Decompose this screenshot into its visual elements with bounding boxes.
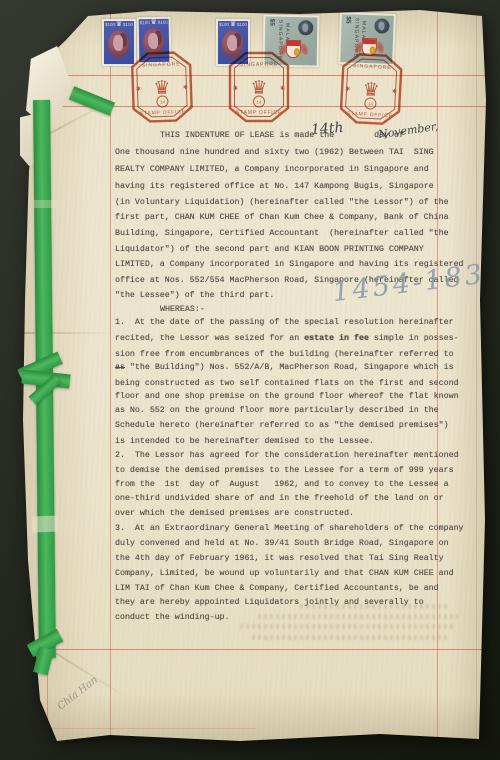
cancel-asterisk: ✱ <box>392 88 397 95</box>
ribbon-fold-highlight <box>34 200 56 208</box>
typed-line: being constructed as two self contained … <box>115 379 459 389</box>
typed-line: floor and one shop premise on the ground… <box>115 392 459 402</box>
typed-line: Schedule hereto (hereinafter referred to… <box>115 421 449 431</box>
queen-portrait-oval <box>108 30 129 58</box>
queen-head-icon <box>374 18 390 34</box>
queen-profile <box>113 35 123 51</box>
cancel-asterisk: ✱ <box>183 84 188 91</box>
cancel-top-text: SINGAPORE <box>353 63 392 71</box>
queen-profile <box>148 33 158 49</box>
cancel-center-number: 14 <box>160 99 166 104</box>
bleed-through-text <box>258 614 458 619</box>
typed-line: is intended to be hereinafter demised to… <box>115 437 374 447</box>
crown-icon: ♛ <box>153 78 171 100</box>
crown-icon: ♛ <box>362 80 380 102</box>
stamp-value: $100 <box>237 22 247 27</box>
cancel-center-number: 14 <box>368 101 374 106</box>
typed-line: to demise the demised premises to the Le… <box>115 466 454 476</box>
typed-line: THIS INDENTURE OF LEASE is made the day … <box>160 131 404 141</box>
cancel-asterisk: ✱ <box>345 86 350 93</box>
typed-line: they are hereby appointed Liquidators jo… <box>115 598 424 608</box>
bleed-through-text <box>252 635 447 640</box>
stamp-value: $5 <box>268 19 275 26</box>
ruling-horizontal-bottom <box>24 649 484 650</box>
handwritten-pencil-note: Chia Han <box>56 675 100 713</box>
stamp-office-cancellation: SINGAPORE ♛ 14 ✱ ✱ STAMP OFFICE <box>129 49 196 130</box>
typed-line: Building, Singapore, Certified Accountan… <box>115 229 449 239</box>
typed-line: as No. 552 on the ground floor more part… <box>115 406 439 416</box>
typed-line: LIM TAI of Chan Kum Chee & Company, Cert… <box>115 584 439 594</box>
typed-line: conduct the winding-up. <box>115 613 230 623</box>
handwritten-day: 14th <box>310 120 344 138</box>
typed-line: REALTY COMPANY LIMITED, a Company incorp… <box>115 165 429 175</box>
cancel-top-text: SINGAPORE <box>240 62 279 68</box>
typed-line: over which the demised premises are cons… <box>115 509 354 519</box>
stamp-value: $100 <box>105 22 115 27</box>
typed-line: one-third undivided share of and in the … <box>115 494 444 504</box>
paper-sheet: ♛ $100 $100 ♛ $100 $100 ♛ $100 $100 <box>20 8 488 744</box>
cancel-center-number: 14 <box>256 100 262 105</box>
cancel-asterisk: ✱ <box>233 85 238 92</box>
cancel-top-text: SINGAPORE <box>142 61 181 68</box>
typed-line: Company, Limited, be wound up voluntaril… <box>115 569 454 579</box>
typed-line: 1. At the date of the passing of the spe… <box>115 318 454 328</box>
paper-shadow-wrap: ♛ $100 $100 ♛ $100 $100 ♛ $100 $100 <box>0 0 500 760</box>
typed-line: (in Voluntary Liquidation) (hereinafter … <box>115 198 449 208</box>
typed-line: WHEREAS:- <box>160 305 205 315</box>
stamp-office-cancellation: SINGAPORE ♛ 14 ✱ ✱ STAMP OFFICE <box>227 50 291 129</box>
stamp-value: $100 <box>158 20 168 25</box>
ruling-vertical-margin <box>110 12 111 738</box>
bleed-through-text <box>240 624 455 629</box>
typed-line: recited, the Lessor was seized for an es… <box>115 334 459 344</box>
typed-line: first part, CHAN KUM CHEE of Chan Kum Ch… <box>115 213 449 223</box>
typed-line: from the 1st day of August 1962, and to … <box>115 480 449 490</box>
typed-line: One thousand nine hundred and sixty two … <box>115 148 434 158</box>
typed-line: sion free from encumbrances of the build… <box>115 350 454 360</box>
stamp-value: $100 <box>140 20 150 25</box>
cancel-bottom-text: STAMP OFFICE <box>347 111 393 119</box>
typed-line: Liquidator") of the second part and KIAN… <box>115 245 424 255</box>
typed-line: 2. The Lessor has agreed for the conside… <box>115 451 459 461</box>
typed-line: as "the Building") Nos. 552/A/B, MacPher… <box>115 363 454 373</box>
stamp-value: $100 <box>219 22 229 27</box>
ruling-horizontal-footer <box>28 728 256 729</box>
stamp-value: $100 <box>123 22 133 27</box>
cancel-bottom-text: STAMP OFFICE <box>140 109 186 117</box>
queen-head-icon <box>298 20 313 35</box>
queen-profile <box>227 35 237 51</box>
typed-line: 3. At an Extraordinary General Meeting o… <box>115 524 464 534</box>
typed-line: having its registered office at No. 147 … <box>115 182 434 192</box>
stamp-office-cancellation: SINGAPORE ♛ 14 ✱ ✱ STAMP OFFICE <box>337 50 405 132</box>
stamp-value: $5 <box>345 16 352 23</box>
typed-line: duly convened and held at No. 39/41 Sout… <box>115 539 449 549</box>
cancel-bottom-text: STAMP OFFICE <box>236 110 282 116</box>
document-scan: ♛ $100 $100 ♛ $100 $100 ♛ $100 $100 <box>0 0 500 760</box>
cancel-asterisk: ✱ <box>136 86 141 93</box>
ribbon-fold-highlight <box>32 516 59 533</box>
cancel-asterisk: ✱ <box>280 85 285 92</box>
typed-line: "the Lessee") of the third part. <box>115 291 274 301</box>
typed-line: the 4th day of February 1961, it was res… <box>115 554 444 564</box>
crown-icon: ♛ <box>250 78 267 99</box>
ruling-layer: ♛ $100 $100 ♛ $100 $100 ♛ $100 $100 <box>0 0 500 760</box>
